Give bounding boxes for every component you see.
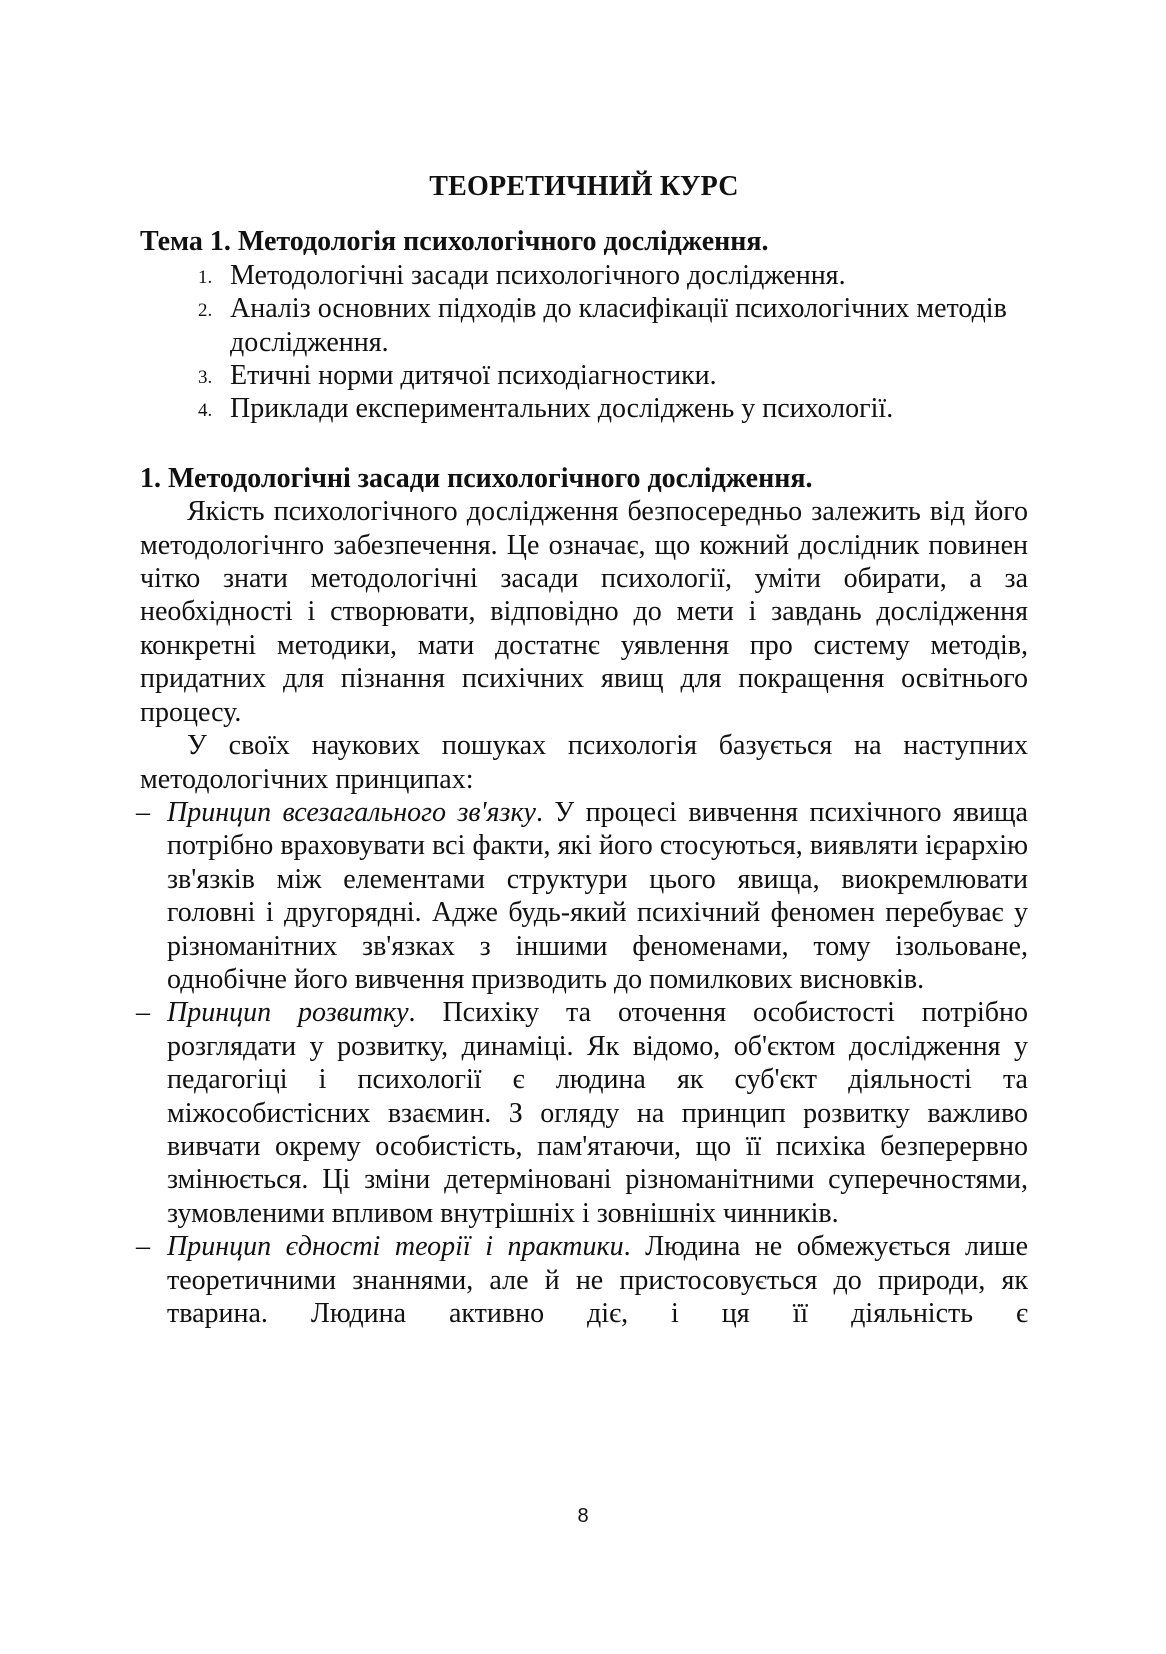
- topic-outline-item: 1. Методологічні засади психологічного д…: [140, 259, 1028, 292]
- body-paragraph: Якість психологічного дослідження безпос…: [140, 495, 1028, 729]
- list-item-text: Етичні норми дитячої психодіагностики.: [230, 360, 717, 391]
- list-number: 4.: [198, 394, 212, 427]
- topic-heading: Тема 1. Методологія психологічного дослі…: [140, 225, 1028, 258]
- body-paragraph: У своїх наукових пошуках психологія базу…: [140, 729, 1028, 796]
- page-number: 8: [0, 1505, 1166, 1528]
- list-number: 2.: [198, 294, 212, 327]
- principle-item: –Принцип єдності теорії і практики. Люди…: [140, 1230, 1028, 1330]
- principle-item: –Принцип розвитку. Психіку та оточення о…: [140, 996, 1028, 1230]
- topic-outline-item: 2. Аналіз основних підходів до класифіка…: [140, 292, 1028, 359]
- principle-text: . Психіку та оточення особистості потріб…: [167, 997, 1028, 1228]
- list-item-text: Методологічні засади психологічного досл…: [230, 260, 846, 291]
- document-page: ТЕОРЕТИЧНИЙ КУРС Тема 1. Методологія пси…: [0, 0, 1166, 1654]
- list-number: 3.: [198, 361, 212, 394]
- section-heading: 1. Методологічні засади психологічного д…: [140, 462, 1028, 495]
- principle-term: Принцип єдності теорії і практики: [167, 1231, 624, 1262]
- topic-outline-item: 3. Етичні норми дитячої психодіагностики…: [140, 359, 1028, 392]
- list-item-text: Приклади експериментальних досліджень у …: [230, 393, 893, 424]
- page-title: ТЕОРЕТИЧНИЙ КУРС: [140, 170, 1028, 203]
- principle-term: Принцип розвитку: [167, 997, 409, 1028]
- dash-bullet-icon: –: [136, 1230, 150, 1263]
- list-number: 1.: [198, 261, 212, 294]
- topic-outline-list: 1. Методологічні засади психологічного д…: [140, 259, 1028, 426]
- topic-outline-item: 4. Приклади експериментальних досліджень…: [140, 392, 1028, 425]
- list-item-text: Аналіз основних підходів до класифікації…: [230, 293, 1007, 357]
- page-content: ТЕОРЕТИЧНИЙ КУРС Тема 1. Методологія пси…: [140, 170, 1028, 1330]
- dash-bullet-icon: –: [136, 996, 150, 1029]
- principles-list: –Принцип всезагального зв'язку. У процес…: [140, 796, 1028, 1331]
- principle-item: –Принцип всезагального зв'язку. У процес…: [140, 796, 1028, 996]
- principle-term: Принцип всезагального зв'язку: [167, 797, 536, 828]
- dash-bullet-icon: –: [136, 796, 150, 829]
